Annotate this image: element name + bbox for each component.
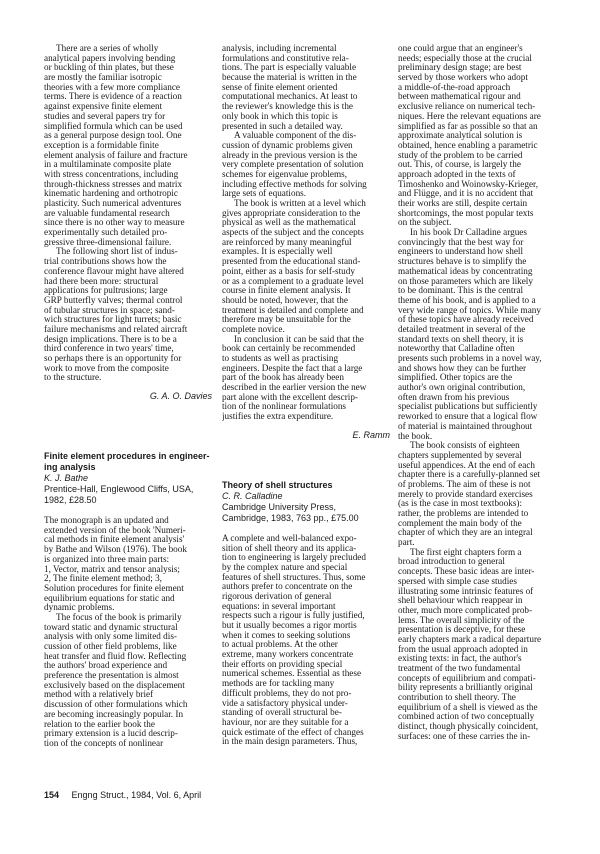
text-line: applications for pultrusions; large (44, 286, 212, 296)
text-line: the reviewer's knowledge this is the (222, 102, 390, 112)
review-publisher-date-price: 1982, £28.50 (44, 495, 212, 506)
text-line: cal methods in finite element analysis' (44, 535, 212, 545)
text-line: by Bathe and Wilson (1976). The book (44, 545, 212, 555)
text-line: There are a series of wholly (44, 44, 212, 54)
text-line: of tubular structures in space; sand- (44, 306, 212, 316)
text-line: formulations and constitutive rela- (222, 54, 390, 64)
text-line: on the subject. (398, 218, 566, 228)
text-line: conference flavour might have altered (44, 267, 212, 277)
text-line: equilibrium of a shell is viewed as the (398, 703, 566, 713)
text-line: The book is written at a level which (222, 199, 390, 209)
review-author: K. J. Bathe (44, 473, 212, 484)
text-line: tion of the nonlinear formulations (222, 402, 390, 412)
text-line: extreme, many workers concentrate (222, 650, 390, 660)
text-line: complete novice. (222, 325, 390, 335)
text-line: trial contributions shows how the (44, 257, 212, 267)
text-line: only book in which this topic is (222, 112, 390, 122)
text-line: examples. It is especially well (222, 247, 390, 257)
text-line: because the material is written in the (222, 73, 390, 83)
text-line: the authors' broad experience and (44, 661, 212, 671)
text-line: so perhaps there is an opportunity for (44, 354, 212, 364)
text-line: analysis with only some limited dis- (44, 632, 212, 642)
text-line: by the complex nature and special (222, 563, 390, 573)
journal-citation: Engng Struct., 1984, Vol. 6, April (72, 790, 202, 800)
text-line: noteworthy that Calladine often (398, 344, 566, 354)
text-line: are valuable fundamental research (44, 209, 212, 219)
text-line: element analysis of failure and fracture (44, 151, 212, 161)
text-line: method with a relatively brief (44, 690, 212, 700)
review-publisher-date-price: Cambridge, 1983, 763 pp., £75.00 (222, 513, 390, 524)
text-line: exclusive reliance on numerical tech- (398, 102, 566, 112)
paragraph: The following short list of indus-trial … (44, 247, 212, 383)
text-line: combined action of two conceptually (398, 712, 566, 722)
text-line: analytical papers involving bending (44, 54, 212, 64)
title-line: Finite element procedures in engineer- (44, 451, 212, 462)
text-line: shell behaviour which reappear in (398, 596, 566, 606)
paragraph: The book is written at a level whichgive… (222, 199, 390, 335)
text-line: aspects of the subject and the concepts (222, 228, 390, 238)
text-line: simplified formula which can be used (44, 122, 212, 132)
text-line: rather, the problems are intended to (398, 509, 566, 519)
paragraph: There are a series of whollyanalytical p… (44, 44, 212, 247)
text-line: (as is the case in most textbooks): (398, 499, 566, 509)
text-line: methods are for tackling many (222, 679, 390, 689)
paragraph: analysis, including incrementalformulati… (222, 44, 390, 131)
text-line: In his book Dr Calladine argues (398, 228, 566, 238)
text-line: large sets of equations. (222, 189, 390, 199)
text-line: quick estimate of the effect of changes (222, 728, 390, 738)
text-line: treatment of the two fundamental (398, 664, 566, 674)
text-line: The first eight chapters form a (398, 548, 566, 558)
text-line: presents such problems in a novel way, (398, 354, 566, 364)
paragraph: The book consists of eighteenchapters su… (398, 441, 566, 548)
text-line: kinematic hardening and orthotropic (44, 189, 212, 199)
text-line: illustrating some intrinsic features of (398, 587, 566, 597)
text-line: physical as well as the mathematical (222, 218, 390, 228)
text-line: through-thickness stresses and matrix (44, 180, 212, 190)
text-line: existing texts: in fact, the author's (398, 654, 566, 664)
text-line: gressive three-dimensional failure. (44, 238, 212, 248)
text-line: or as a complement to a graduate level (222, 277, 390, 287)
text-line: discussion of other formulations which (44, 700, 212, 710)
review-author: C. R. Calladine (222, 491, 390, 502)
text-line: Timoshenko and Woinowsky-Krieger, (398, 180, 566, 190)
text-line: The focus of the book is primarily (44, 613, 212, 623)
text-line: of material is maintained throughout (398, 422, 566, 432)
text-line: standing of overall structural be- (222, 708, 390, 718)
text-line: and shows how they can be further (398, 364, 566, 374)
text-line: engineers to understand how shell (398, 247, 566, 257)
text-line: simplified as far as possible so that an (398, 122, 566, 132)
text-line: when it comes to seeking solutions (222, 631, 390, 641)
text-line: with stress concentrations, including (44, 170, 212, 180)
text-line: gives appropriate consideration to the (222, 209, 390, 219)
paragraph: The first eight chapters form abroad int… (398, 548, 566, 742)
text-line: exclusively based on the displacement (44, 681, 212, 691)
text-line: niques. Here the relevant equations are (398, 112, 566, 122)
text-line: cussion of other field problems, like (44, 642, 212, 652)
review-title: Theory of shell structures (222, 480, 390, 491)
text-line: extended version of the book 'Numeri- (44, 526, 212, 536)
page-footer: 154 Engng Struct., 1984, Vol. 6, April (44, 790, 201, 800)
text-line: surfaces: one of these carries the in- (398, 732, 566, 742)
text-line: standard texts on shell theory, it is (398, 335, 566, 345)
text-line: sense of finite element oriented (222, 83, 390, 93)
text-line: treatment is detailed and complete and (222, 306, 390, 316)
text-line: numerical schemes. Essential as these (222, 669, 390, 679)
text-line: point, either as a basis for self-study (222, 267, 390, 277)
text-line: their efforts on providing special (222, 660, 390, 670)
text-line: third conference in two years' time, (44, 344, 212, 354)
text-line: out. This, of course, is largely the (398, 160, 566, 170)
text-line: distinct, though physically coincident, (398, 722, 566, 732)
text-line: schemes for eigenvalue problems, (222, 170, 390, 180)
text-line: cussion of dynamic problems given (222, 141, 390, 151)
review-signature: E. Ramm (222, 430, 390, 440)
text-line: already in the previous version is the (222, 151, 390, 161)
review-title: Finite element procedures in engineer-in… (44, 451, 212, 473)
text-line: described in the earlier version the new (222, 383, 390, 393)
text-line: served by those workers who adopt (398, 73, 566, 83)
text-line: to the structure. (44, 373, 212, 383)
text-line: The monograph is an updated and (44, 516, 212, 526)
text-line: sition of shell theory and its applica- (222, 544, 390, 554)
text-line: tion to engineering is largely precluded (222, 553, 390, 563)
text-line: concepts. These basic ideas are inter- (398, 567, 566, 577)
text-line: one could argue that an engineer's (398, 44, 566, 54)
text-line: shortcomings, the most popular texts (398, 209, 566, 219)
text-line: between mathematical rigour and (398, 92, 566, 102)
text-line: contribution to shell theory. The (398, 693, 566, 703)
text-line: a middle-of-the-road approach (398, 83, 566, 93)
text-line: chapters supplemented by several (398, 451, 566, 461)
text-line: preliminary design stage; are best (398, 63, 566, 73)
text-line: from the usual approach adopted in (398, 645, 566, 655)
text-line: obtained, hence enabling a parametric (398, 141, 566, 151)
text-line: on those parameters which are likely (398, 277, 566, 287)
text-line: computational mechanics. At least to (222, 92, 390, 102)
text-line: of these topics have already received (398, 315, 566, 325)
text-line: exception is a formidable finite (44, 141, 212, 151)
text-line: lems. The overall simplicity of the (398, 616, 566, 626)
paragraph: In conclusion it can be said that theboo… (222, 335, 390, 422)
text-line: should be noted, however, that the (222, 296, 390, 306)
text-line: but it usually becomes a rigor mortis (222, 621, 390, 631)
text-line: to students as well as practising (222, 354, 390, 364)
title-line: ing analysis (44, 462, 212, 473)
column-2: analysis, including incrementalformulati… (222, 44, 390, 747)
text-line: book can certainly be recommended (222, 344, 390, 354)
text-line: design implications. There is to be a (44, 335, 212, 345)
text-line: merely to provide standard exercises (398, 490, 566, 500)
text-line: are reinforced by many meaningful (222, 238, 390, 248)
paragraph: The focus of the book is primarilytoward… (44, 613, 212, 749)
text-line: toward static and dynamic structural (44, 623, 212, 633)
text-line: the book. (398, 432, 566, 442)
text-line: tion of the concepts of nonlinear (44, 739, 212, 749)
text-line: simplified. Other topics are the (398, 373, 566, 383)
text-line: author's own original contribution, (398, 383, 566, 393)
text-line: complement the main body of the (398, 519, 566, 529)
text-line: Solution procedures for finite element (44, 584, 212, 594)
text-line: respects such a rigour is fully justifie… (222, 611, 390, 621)
review-publisher: Cambridge University Press, (222, 502, 390, 513)
text-line: dynamic problems. (44, 603, 212, 613)
text-line: features of shell structures. Thus, some (222, 573, 390, 583)
text-line: useful appendices. At the end of each (398, 461, 566, 471)
text-line: needs; especially those at the crucial (398, 54, 566, 64)
text-line: equilibrium equations for static and (44, 594, 212, 604)
text-line: terms. There is evidence of a reaction (44, 92, 212, 102)
text-line: very complete presentation of solution (222, 160, 390, 170)
text-line: A complete and well-balanced expo- (222, 534, 390, 544)
text-line: had there been more: structural (44, 277, 212, 287)
column-1: There are a series of whollyanalytical p… (44, 44, 212, 749)
text-line: bility represents a brilliantly original (398, 683, 566, 693)
paragraph: A complete and well-balanced expo-sition… (222, 534, 390, 747)
text-line: reworked to ensure that a logical flow (398, 412, 566, 422)
text-line: theories with a few more compliance (44, 83, 212, 93)
text-line: analysis, including incremental (222, 44, 390, 54)
text-line: relation to the earlier book the (44, 720, 212, 730)
text-line: in the main design parameters. Thus, (222, 737, 390, 747)
paragraph: one could argue that an engineer'sneeds;… (398, 44, 566, 228)
text-line: concepts of equilibrium and compati- (398, 674, 566, 684)
text-line: presented from the educational stand- (222, 257, 390, 267)
text-line: failure mechanisms and related aircraft (44, 325, 212, 335)
text-line: studies and several papers try for (44, 112, 212, 122)
text-line: since there is no other way to measure (44, 218, 212, 228)
text-line: heat transfer and fluid flow. Reflecting (44, 652, 212, 662)
paragraph: In his book Dr Calladine arguesconvincin… (398, 228, 566, 441)
text-line: therefore may be unsuitable for the (222, 315, 390, 325)
text-line: to be dominant. This is the central (398, 286, 566, 296)
text-line: part. (398, 538, 566, 548)
text-line: 2, The finite element method; 3, (44, 574, 212, 584)
paragraph: A valuable component of the dis-cussion … (222, 131, 390, 199)
text-line: other, much more complicated prob- (398, 606, 566, 616)
text-line: primary extension is a lucid descrip- (44, 729, 212, 739)
text-line: preference the presentation is almost (44, 671, 212, 681)
text-line: and Flügge, and it is no accident that (398, 189, 566, 199)
text-line: detailed treatment in several of the (398, 325, 566, 335)
text-line: haviour, nor are they suitable for a (222, 718, 390, 728)
text-line: part of the book has already been (222, 373, 390, 383)
text-line: authors prefer to concentrate on the (222, 582, 390, 592)
text-line: chapter of which they are an integral (398, 528, 566, 538)
text-line: approximate analytical solution is (398, 131, 566, 141)
text-line: including effective methods for solving (222, 180, 390, 190)
text-line: specialist publications but sufficiently (398, 402, 566, 412)
column-3: one could argue that an engineer'sneeds;… (398, 44, 566, 742)
text-line: is organized into three main parts: (44, 555, 212, 565)
text-line: often drawn from his previous (398, 393, 566, 403)
text-line: The book consists of eighteen (398, 441, 566, 451)
text-line: equations: in several important (222, 602, 390, 612)
text-line: plasticity. Such numerical adventures (44, 199, 212, 209)
text-line: experimentally such detailed pro- (44, 228, 212, 238)
text-line: presented in such a detailed way. (222, 122, 390, 132)
text-line: justifies the extra expenditure. (222, 412, 390, 422)
review-publisher: Prentice-Hall, Englewood Cliffs, USA, (44, 484, 212, 495)
text-line: theme of his book, and is applied to a (398, 296, 566, 306)
text-line: as a general purpose design tool. One (44, 131, 212, 141)
text-line: early chapters mark a radical departure (398, 635, 566, 645)
text-line: in a multilaminate composite plate (44, 160, 212, 170)
text-line: tions. The part is especially valuable (222, 63, 390, 73)
journal-page: There are a series of whollyanalytical p… (0, 0, 600, 854)
text-line: their works are still, despite certain (398, 199, 566, 209)
text-line: chapter there is a carefully-planned set (398, 470, 566, 480)
text-line: are becoming increasingly popular. In (44, 710, 212, 720)
text-line: vide a satisfactory physical under- (222, 699, 390, 709)
text-line: engineers. Despite the fact that a large (222, 364, 390, 374)
text-line: wich structures for light turrets; basic (44, 315, 212, 325)
text-line: very wide range of topics. While many (398, 306, 566, 316)
paragraph: The monograph is an updated andextended … (44, 516, 212, 613)
text-line: difficult problems, they do not pro- (222, 689, 390, 699)
text-line: of problems. The aim of these is not (398, 480, 566, 490)
text-line: 1, Vector, matrix and tensor analysis; (44, 565, 212, 575)
text-line: or buckling of thin plates, but these (44, 63, 212, 73)
text-line: approach adopted in the texts of (398, 170, 566, 180)
text-line: In conclusion it can be said that the (222, 335, 390, 345)
text-line: A valuable component of the dis- (222, 131, 390, 141)
page-number: 154 (44, 790, 59, 800)
text-line: structures behave is to simplify the (398, 257, 566, 267)
text-line: against expensive finite element (44, 102, 212, 112)
text-line: spersed with simple case studies (398, 577, 566, 587)
text-line: course in finite element analysis. It (222, 286, 390, 296)
text-line: work to move from the composite (44, 364, 212, 374)
review-signature: G. A. O. Davies (44, 391, 212, 401)
text-line: broad introduction to general (398, 557, 566, 567)
text-line: are mostly the familiar isotropic (44, 73, 212, 83)
text-line: GRP butterfly valves; thermal control (44, 296, 212, 306)
text-line: part alone with the excellent descrip- (222, 393, 390, 403)
text-line: convincingly that the best way for (398, 238, 566, 248)
text-line: rigorous derivation of general (222, 592, 390, 602)
text-line: The following short list of indus- (44, 247, 212, 257)
text-line: presentation is deceptive, for these (398, 625, 566, 635)
text-line: mathematical ideas by concentrating (398, 267, 566, 277)
text-line: study of the problem to be carried (398, 151, 566, 161)
text-line: to actual problems. At the other (222, 640, 390, 650)
